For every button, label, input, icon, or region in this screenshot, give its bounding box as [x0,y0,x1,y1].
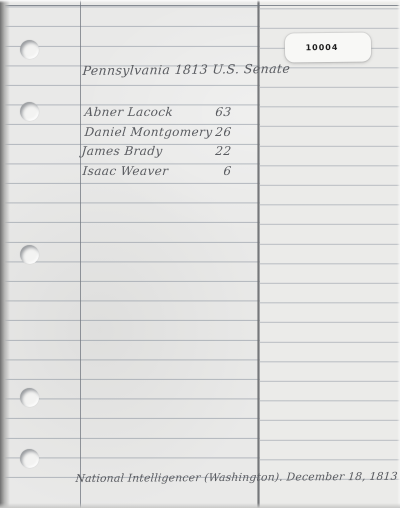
result-row: Isaac Weaver 6 [0,164,400,180]
vote-count: 63 [201,105,232,119]
candidate-name: Isaac Weaver [82,164,169,178]
result-row: James Brady 22 [0,144,400,160]
scan-edge-left [0,0,10,508]
page-title: Pennsylvania 1813 U.S. Senate [82,61,291,78]
candidate-name: Abner Lacock [84,105,174,119]
candidate-name: Daniel Montgomery [84,125,213,139]
result-row: Daniel Montgomery 26 [0,125,400,141]
underlying-sheet [260,0,400,508]
scan-edge-bottom [0,503,400,508]
vote-count: 22 [201,144,232,158]
page-crease-line [257,0,260,508]
vote-count: 26 [201,125,232,139]
left-margin-line [80,0,81,508]
hole-punch [20,388,39,407]
scanned-notebook-page: 10004 Pennsylvania 1813 U.S. Senate Abne… [0,0,400,508]
source-citation: National Intelligencer (Washington). Dec… [75,470,398,485]
catalog-sticker: 10004 [285,33,371,63]
hole-punch [20,40,39,59]
result-row: Abner Lacock 63 [0,105,400,121]
hole-punch [20,245,39,264]
catalog-number: 10004 [306,43,351,52]
top-ruled-line [0,5,400,6]
hole-punch [20,449,39,468]
candidate-name: James Brady [81,144,163,158]
scan-edge-top [0,0,400,3]
vote-count: 6 [201,164,232,178]
